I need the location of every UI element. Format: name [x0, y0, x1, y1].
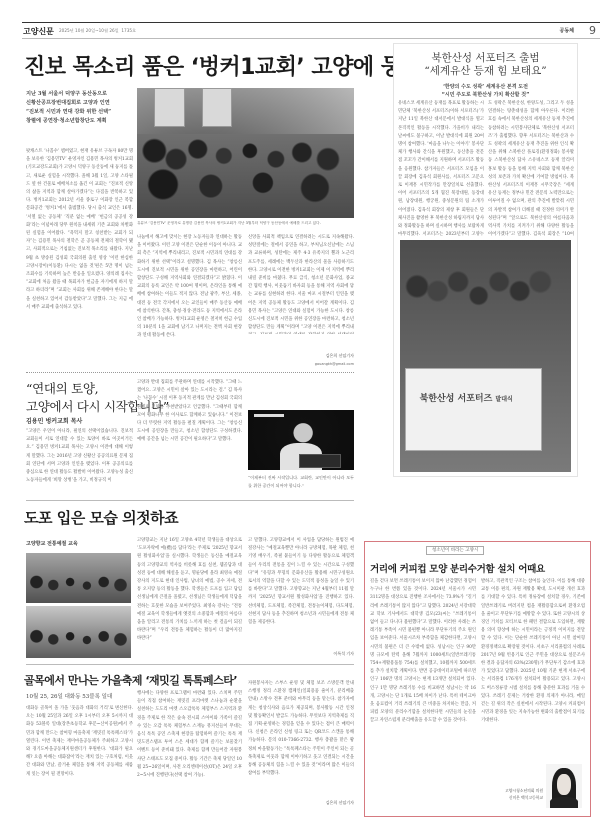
interview-subhead: 김용민 벙커교회 목사 [26, 416, 82, 425]
lead-deck: 지난 3월 서울서 덕양구 동산동으로 신황산공프장번대집회로 고양과 인연 “… [26, 90, 136, 126]
lead-body-col1: 팟캐스트 ‘나꼼수’ 멤버였고, 현재 유튜브 구독자 80만 명을 보유한 ‘… [26, 148, 133, 370]
section-divider [26, 664, 354, 665]
column-headline: 거리에 커피컵 모양 분리수거함 설치 어때요 [370, 561, 545, 575]
paper-name: 고양신문 [23, 26, 54, 37]
hanbok-headline: 도포 입은 모습 의젓하죠 [24, 507, 178, 528]
hanbok-body-col1: 고양향교는 지난 16일 고양초 4학년 학생들을 대상으로 ‘도포자락에 예(… [137, 537, 242, 659]
section-divider [26, 372, 354, 373]
fortress-headline: 북한산성 서포터즈 출범 “세계유산 등재 힘 보태요” [393, 52, 578, 78]
lead-body-col2: 나눔에서 해고에 맞서는 현장 노동자들과 연대하는 활동을 이어왔다. 이런 … [137, 234, 242, 370]
column-body-col2: 발하고, 직관적인 구조는 참여를 높인다. 이를 통해 대중교통 이용 편의,… [481, 578, 585, 763]
issue-date: 2025년 10월 20일~10월 26일 1735호 [59, 28, 136, 34]
class-photo-2 [26, 606, 131, 658]
column-tag: 청소년이 바라는 고양시 [426, 546, 484, 555]
lead-headline: 진보 목소리 품은 ‘벙커1교회’ 고양에 둥지 [24, 50, 422, 81]
section-name: 공동체 [560, 27, 575, 34]
fortress-subhead: ‘한양의 수도 성곽’ 세계유산 본격 도전 “시민 주도로 북한산성 가치 확… [393, 83, 578, 99]
worship-photo [137, 88, 354, 218]
section-divider [26, 500, 354, 501]
festival-body-col2: 행사에는 다양한 프로그램이 마련돼 있다. 스치며 주민들이 직접 참여하는 … [137, 690, 242, 810]
fortress-group-photo: 북한산성 서포터즈 발대식 [400, 240, 571, 472]
interview-body-col2: 고양과 반대 집회를 주관하며 연대를 시작했다. “그때 느꼈어요. 고양은 … [137, 379, 242, 496]
interview-body-col1: “고양은 우연이 아니라, 필연의 선택이었습니다. 진보적 교회들이 서로 연… [26, 428, 133, 496]
speaker-photo [248, 410, 354, 470]
lead-body-col3: 신앙을 사회적 책임으로 연결하려는 시도로 지속해왔다. 성탄절에는 절에서 … [248, 234, 354, 334]
column-author: 고양시청소년의회 의원 신미은 백석고등학교 [481, 787, 543, 801]
hanbok-body-col2: 고 말했다. 고양향교에서 이 사업을 담당하는 원범진 예절강사는 “예절교육… [248, 537, 354, 649]
fortress-body-col2: 도 성곽은 북한산성, 한양도성, 그리고 두 성을 연결하는 탕춘대성을 함께… [488, 100, 574, 236]
festival-headline: 골목에서 만나는 가을축제 ‘재밋길 톡톡페스타’ [24, 672, 237, 688]
page-number: 9 [589, 24, 596, 37]
fortress-body-col1: 유네스코 세계유산 등재를 목표로 활동하는 시민단체 ‘북한산성 서포터즈(이… [398, 100, 484, 236]
hanbok-reporter: 이특석 기자 [248, 651, 354, 657]
festival-body-col3: 자원봉사자는 스부스 운영 및 체험 보조 스방문객 안내 스행정 정리 스환경… [248, 680, 354, 798]
lead-reporter-email: gouangkh@gmail.com [248, 362, 354, 366]
author-portrait [546, 764, 582, 808]
speaker-photo-caption: “이제부터 진짜 시작입니다. 교회란, 교인만이 아니라 모두를 위한 공간이… [248, 474, 354, 494]
column-body-col1: 길을 걷다 보면 쓰레기통이 보이지 않아 난감했던 경험이 누구나 한 번쯤 … [370, 578, 476, 810]
festival-body-col1: 대화동 골목이 올 가을 ‘웃음과 대화의 거리’로 변신한다. 오는 10월 … [26, 705, 133, 810]
hanbok-subhead: 고양향교 전통예절 교육 [26, 540, 78, 547]
masthead: 고양신문 2025년 10월 20일~10월 26일 1735호 공동체 9 [22, 22, 600, 39]
banner-title: 북한산성 서포터즈 [420, 394, 493, 404]
festival-subhead: 10월 25, 26일 대화동 53블록 일대 [26, 692, 112, 700]
festival-reporter: 김은희 선임기자 [248, 800, 354, 806]
lead-reporter: 김은희 선임기자 [248, 353, 354, 359]
worship-photo-caption: 유튜브 ‘김용민TV’ 운영자로 유명한 김용민 목사의 벙커1교회가 지난 3… [137, 221, 354, 226]
class-photo-1 [26, 553, 131, 603]
